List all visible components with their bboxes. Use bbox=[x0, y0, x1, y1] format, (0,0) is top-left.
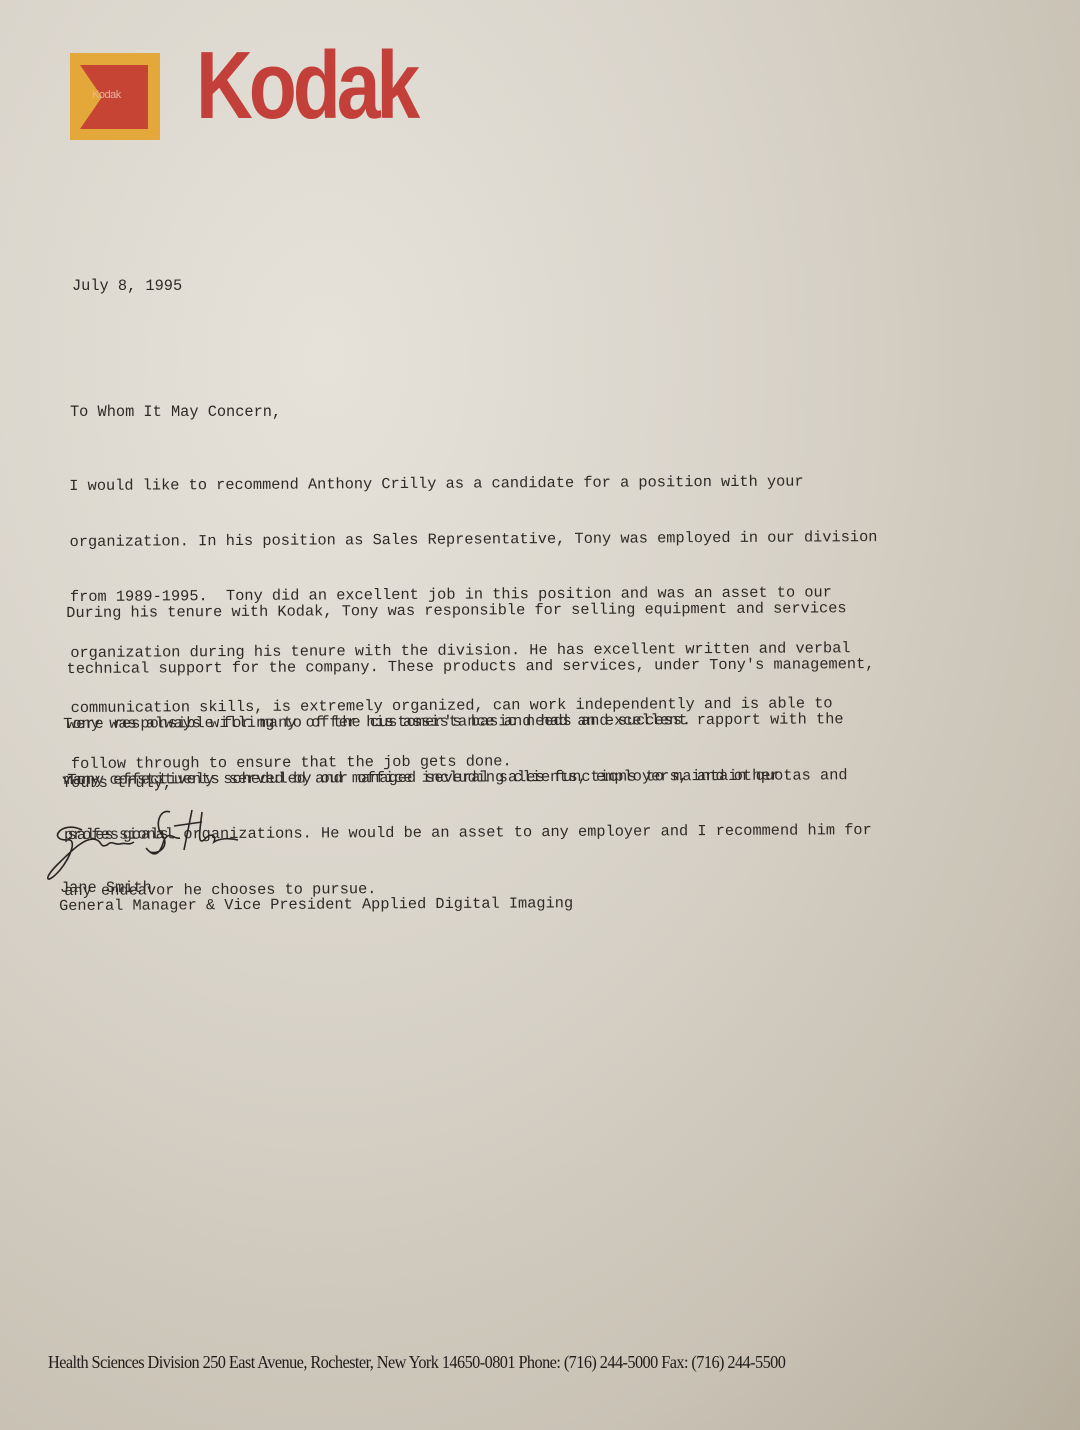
letter-date: July 8, 1995 bbox=[72, 277, 182, 296]
paragraph-line: many constituents served by our office i… bbox=[64, 766, 872, 789]
signer-title: General Manager & Vice President Applied… bbox=[59, 894, 573, 915]
paragraph-line: I would like to recommend Anthony Crilly… bbox=[69, 472, 877, 495]
paragraph-line: Tony was always willing to offer his ass… bbox=[63, 710, 871, 733]
logo-mark-text: Kodak bbox=[92, 89, 121, 101]
paragraph-line: During his tenure with Kodak, Tony was r… bbox=[66, 599, 874, 622]
kodak-logo-mark: Kodak bbox=[70, 53, 160, 140]
letterhead-footer-address: Health Sciences Division 250 East Avenue… bbox=[48, 1352, 785, 1373]
salutation: To Whom It May Concern, bbox=[70, 403, 281, 422]
handwritten-signature bbox=[42, 800, 252, 890]
kodak-wordmark: Kodak bbox=[196, 38, 416, 134]
signer-name: Jane Smith bbox=[60, 879, 152, 898]
paragraph-line: organization. In his position as Sales R… bbox=[70, 528, 878, 551]
closing: Yours truly, bbox=[62, 774, 172, 793]
